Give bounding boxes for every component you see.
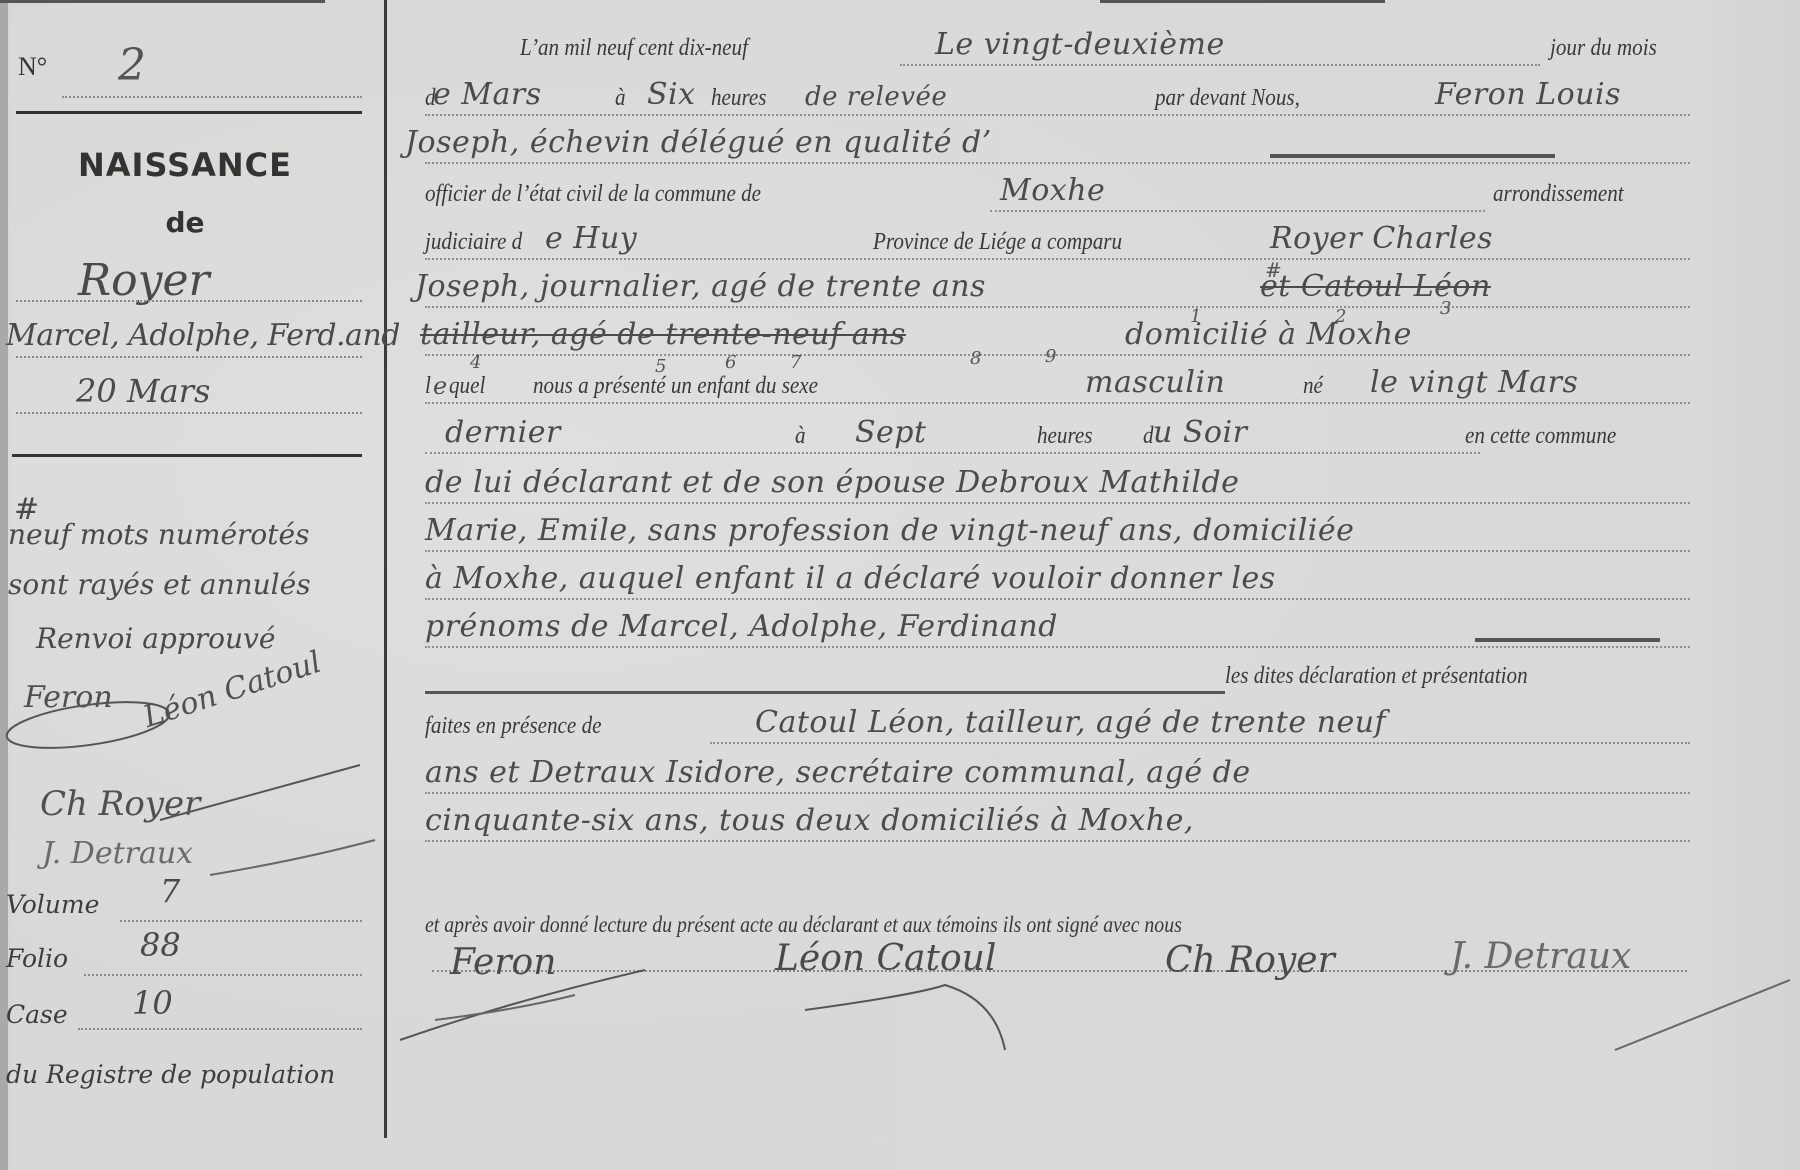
printed-text: faites en présence de xyxy=(425,713,602,740)
child-surname: Royer xyxy=(78,255,210,306)
handwritten-entry: Six xyxy=(647,77,696,112)
handwritten-entry: Moxhe xyxy=(1000,173,1105,208)
dotted-line xyxy=(16,412,362,414)
printed-text: l xyxy=(425,373,431,400)
word-number: 7 xyxy=(790,352,801,373)
register-footer: du Registre de population xyxy=(6,1060,335,1089)
word-number: 6 xyxy=(725,352,736,373)
printed-text: né xyxy=(1303,373,1323,400)
handwritten-entry: domicilié à Moxhe xyxy=(1125,317,1412,352)
fill-bar xyxy=(425,691,1225,694)
text-line: les dites déclaration et présentation xyxy=(425,650,1690,698)
birth-date: 20 Mars xyxy=(76,372,210,410)
column-divider xyxy=(384,0,387,1138)
record-number-label: N° xyxy=(18,52,47,82)
record-type-de: de xyxy=(0,206,370,239)
margin-note-line: Renvoi approuvé xyxy=(36,622,275,655)
folio-value: 88 xyxy=(140,926,181,964)
word-number: 4 xyxy=(470,352,481,373)
printed-text: heures xyxy=(1037,423,1093,450)
handwritten-entry: de lui déclarant et de son épouse Debrou… xyxy=(425,465,1239,500)
handwritten-entry: dernier xyxy=(445,415,561,450)
section-rule xyxy=(12,454,362,457)
handwritten-entry: cinquante-six ans, tous deux domiciliés … xyxy=(425,803,1194,838)
top-rule xyxy=(1100,0,1385,3)
signature-flourish xyxy=(150,760,380,880)
handwritten-entry: prénoms de Marcel, Adolphe, Ferdinand xyxy=(425,609,1058,644)
text-line: prénoms de Marcel, Adolphe, Ferdinand xyxy=(425,604,1690,652)
handwritten-entry: u Soir xyxy=(1153,415,1247,450)
printed-text: à xyxy=(795,423,806,450)
printed-text: judiciaire d xyxy=(425,229,522,256)
printed-text: jour du mois xyxy=(1550,35,1657,62)
dotted-line xyxy=(84,974,362,976)
handwritten-entry: de relevée xyxy=(805,82,947,112)
handwritten-entry: e Mars xyxy=(433,77,542,112)
handwritten-entry: le vingt Mars xyxy=(1370,365,1578,400)
struck-handwritten-entry: tailleur, agé de trente-neuf ans xyxy=(420,317,906,352)
dotted-line xyxy=(62,96,362,98)
printed-text: en cette commune xyxy=(1465,423,1616,450)
handwritten-entry: Royer Charles xyxy=(1270,221,1493,256)
text-line: Joseph, journalier, agé de trente ans # … xyxy=(425,264,1690,312)
handwritten-entry: e xyxy=(433,372,448,400)
printed-text: nous a présenté un enfant du sexe xyxy=(533,373,818,400)
printed-text: Province de Liége a comparu xyxy=(873,229,1122,256)
printed-text: quel xyxy=(449,373,485,400)
printed-text: d xyxy=(1143,423,1154,450)
fill-bar xyxy=(1270,154,1555,158)
word-number: 2 xyxy=(1335,306,1346,327)
text-line: Marie, Emile, sans profession de vingt-n… xyxy=(425,508,1690,556)
printed-text: par devant Nous, xyxy=(1155,85,1300,112)
volume-label: Volume xyxy=(6,890,99,919)
handwritten-entry: Joseph, journalier, agé de trente ans xyxy=(415,269,986,304)
signature-flourishes xyxy=(395,940,1795,1060)
struck-handwritten-entry: et Catoul Léon xyxy=(1260,269,1491,304)
record-number: 2 xyxy=(118,40,146,91)
printed-text: les dites déclaration et présentation xyxy=(1225,663,1528,690)
folio-label: Folio xyxy=(6,944,68,973)
printed-text: arrondissement xyxy=(1493,181,1624,208)
word-number: 3 xyxy=(1440,298,1451,319)
volume-value: 7 xyxy=(160,872,180,910)
printed-text: heures xyxy=(711,85,767,112)
dotted-line xyxy=(120,920,362,922)
text-line: 4 5 6 7 8 9 l e quel nous a présenté un … xyxy=(425,360,1690,408)
printed-text: L’an mil neuf cent dix-neuf xyxy=(520,35,748,62)
handwritten-entry: à Moxhe, auquel enfant il a déclaré voul… xyxy=(425,561,1276,596)
text-line: de lui déclarant et de son épouse Debrou… xyxy=(425,460,1690,508)
printed-text: à xyxy=(615,85,626,112)
handwritten-entry: Feron Louis xyxy=(1435,77,1621,112)
top-rule xyxy=(0,0,325,3)
text-line: tailleur, agé de trente-neuf ans domicil… xyxy=(425,312,1690,360)
text-line: faites en présence de Catoul Léon, taill… xyxy=(425,700,1690,748)
child-given-names: Marcel, Adolphe, Ferd.and xyxy=(6,318,400,353)
text-line: dernier à Sept heures d u Soir en cette … xyxy=(425,410,1690,458)
margin-note-line: sont rayés et annulés xyxy=(8,568,311,601)
text-line: à Moxhe, auquel enfant il a déclaré voul… xyxy=(425,556,1690,604)
dotted-line xyxy=(16,300,362,302)
case-value: 10 xyxy=(132,984,173,1022)
dotted-line xyxy=(16,356,362,358)
text-line: cinquante-six ans, tous deux domiciliés … xyxy=(425,798,1690,846)
handwritten-entry: Marie, Emile, sans profession de vingt-n… xyxy=(425,513,1354,548)
text-line: officier de l’état civil de la commune d… xyxy=(425,168,1690,216)
handwritten-entry: Joseph, échevin délégué en qualité d’ xyxy=(405,125,992,160)
handwritten-entry: e Huy xyxy=(545,221,637,256)
handwritten-entry: Sept xyxy=(855,415,927,450)
margin-note-line: neuf mots numérotés xyxy=(8,518,309,551)
word-number: 8 xyxy=(970,348,981,369)
section-rule xyxy=(16,111,362,114)
printed-text: officier de l’état civil de la commune d… xyxy=(425,181,761,208)
dotted-line xyxy=(78,1028,362,1030)
text-line: L’an mil neuf cent dix-neuf Le vingt-deu… xyxy=(425,22,1690,70)
text-line: ans et Detraux Isidore, secrétaire commu… xyxy=(425,750,1690,798)
handwritten-entry: Le vingt-deuxième xyxy=(935,27,1225,62)
case-label: Case xyxy=(6,1000,68,1029)
fill-bar xyxy=(1475,638,1660,642)
word-number: 1 xyxy=(1190,306,1201,327)
text-line: d e Mars à Six heures de relevée par dev… xyxy=(425,72,1690,120)
handwritten-entry: ans et Detraux Isidore, secrétaire commu… xyxy=(425,755,1251,790)
handwritten-entry: Catoul Léon, tailleur, agé de trente neu… xyxy=(755,705,1386,740)
document-page: N° 2 NAISSANCE de Royer Marcel, Adolphe,… xyxy=(0,0,1800,1170)
text-line: Joseph, échevin délégué en qualité d’ xyxy=(425,120,1690,168)
text-line: judiciaire d e Huy Province de Liége a c… xyxy=(425,216,1690,264)
printed-text: et après avoir donné lecture du présent … xyxy=(425,912,1182,938)
word-number: 9 xyxy=(1045,346,1056,367)
handwritten-entry: masculin xyxy=(1085,365,1225,400)
record-type-heading: NAISSANCE xyxy=(0,146,370,184)
